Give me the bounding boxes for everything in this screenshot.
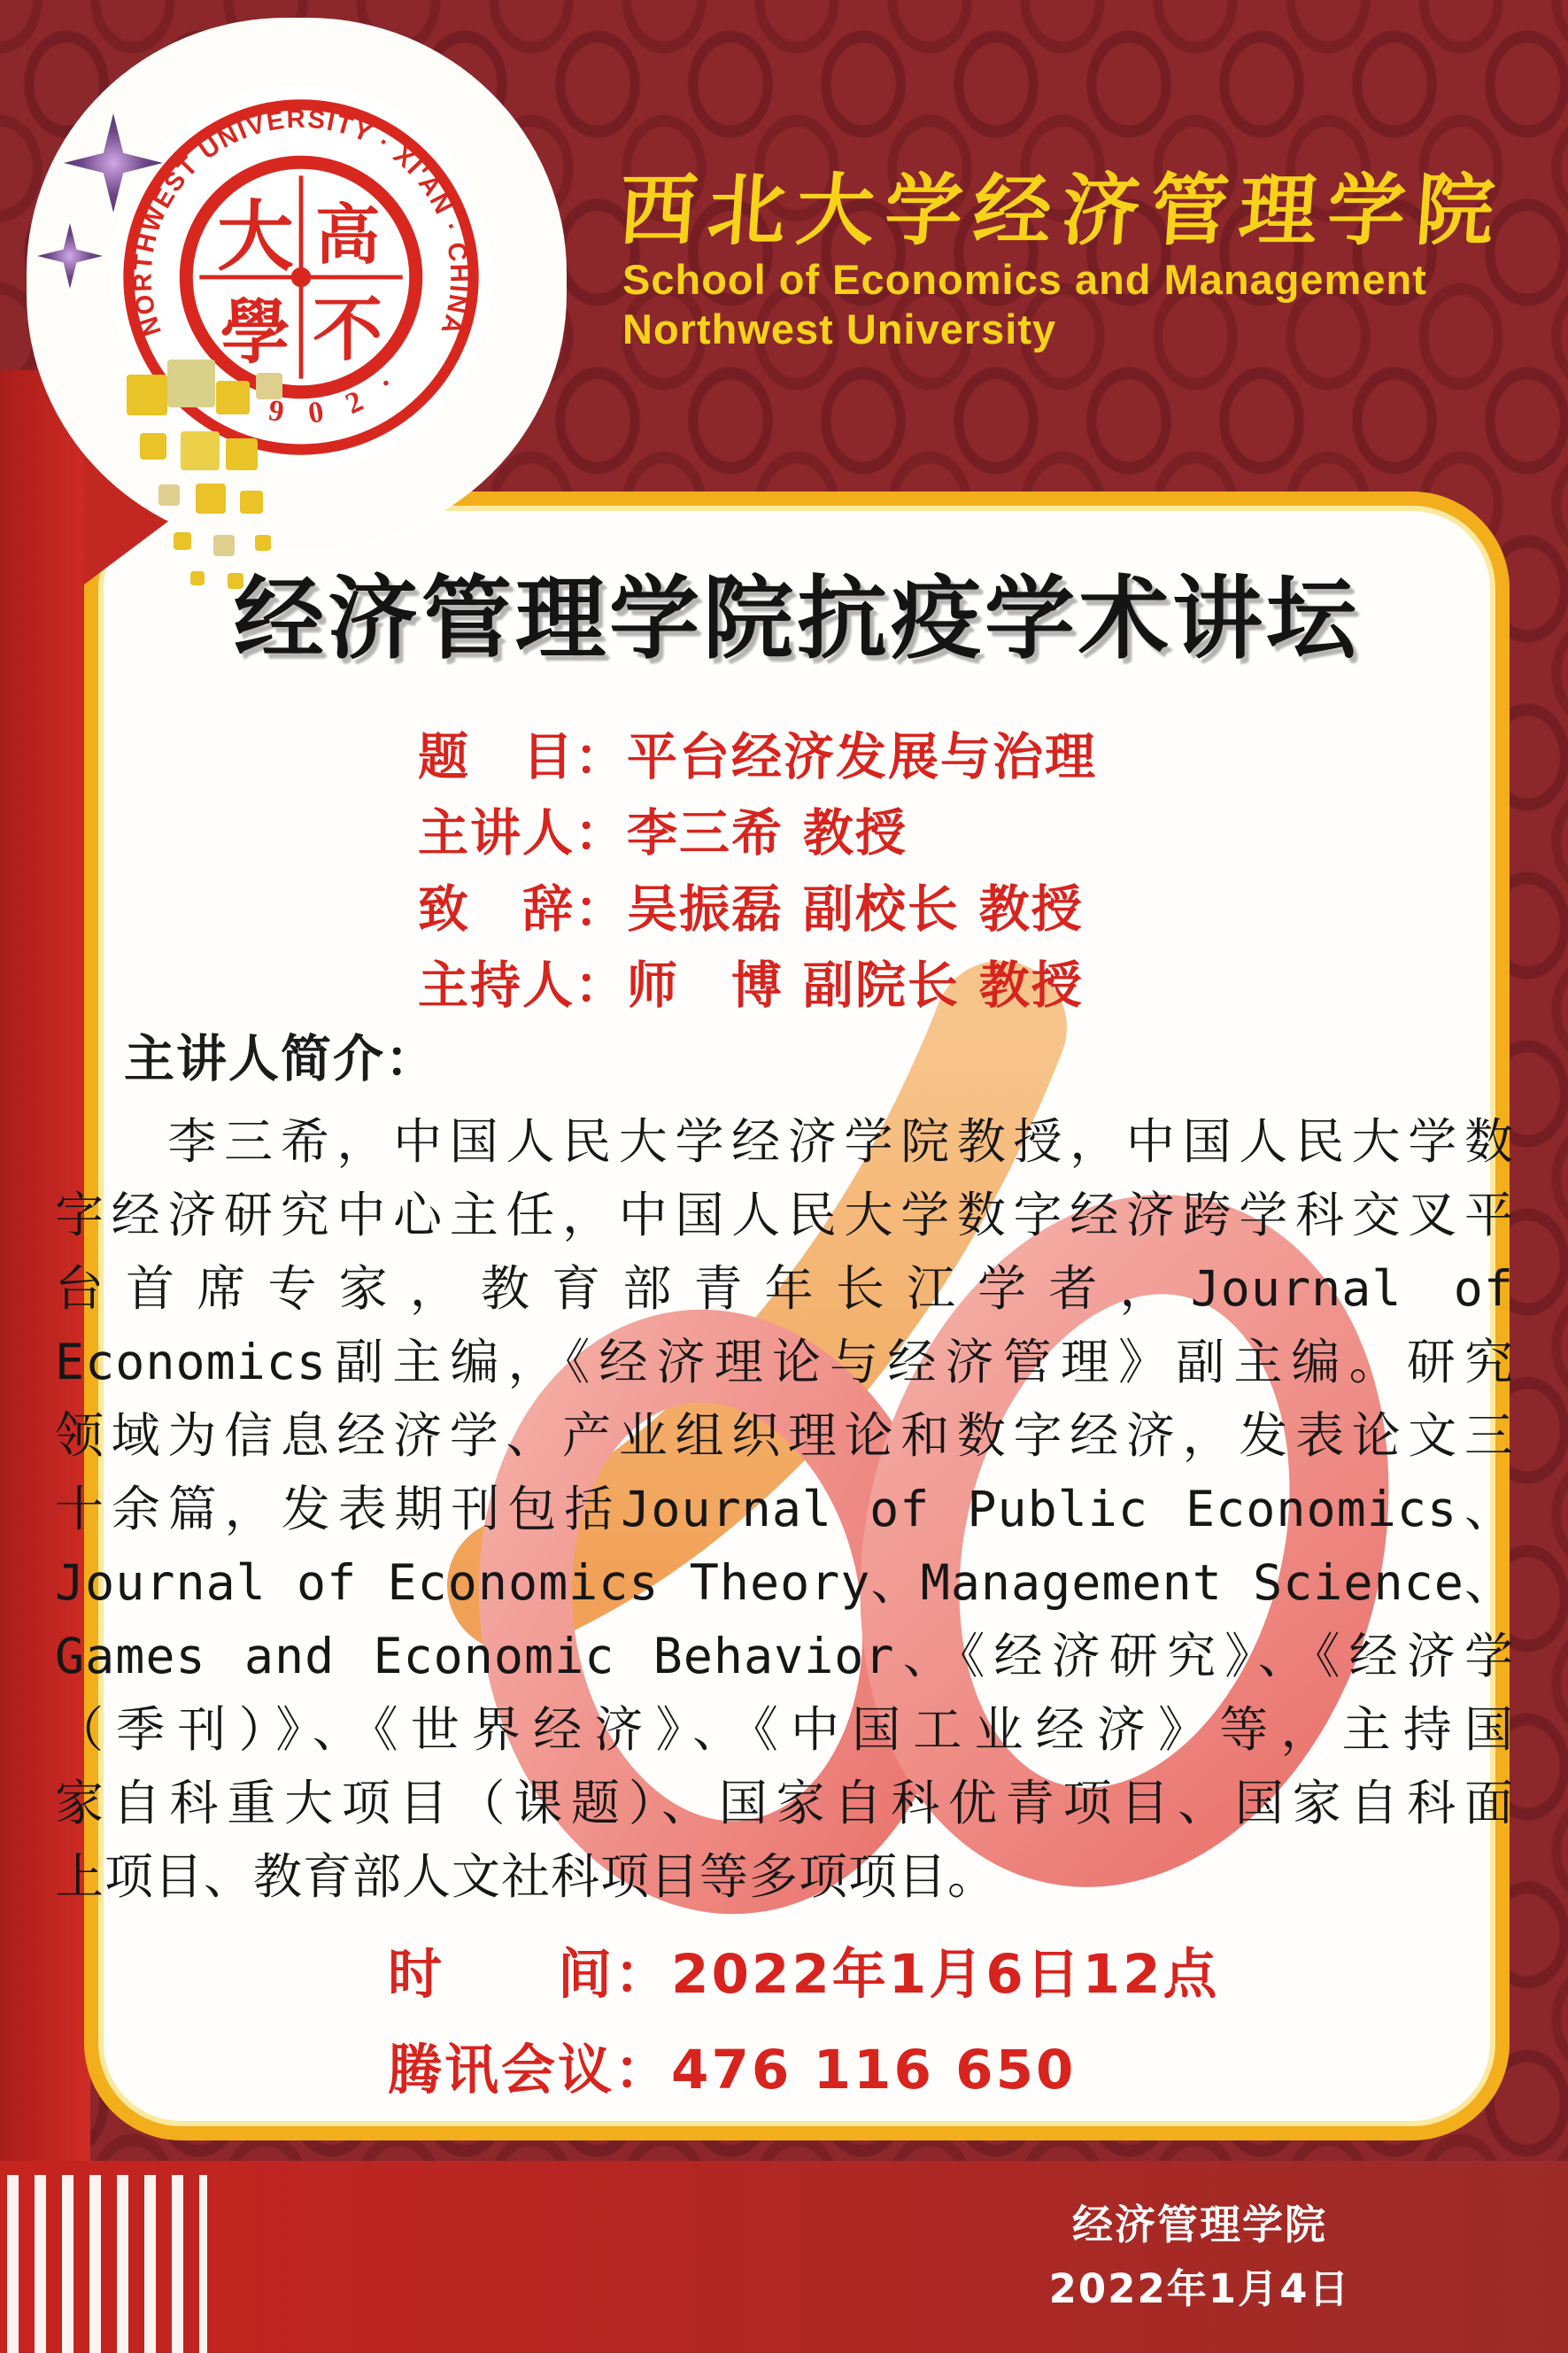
speaker-bio-line: Economics副主编，《经济理论与经济管理》副主编。研究	[55, 1326, 1514, 1399]
poster-page: 西北大学经济管理学院 School of Economics and Manag…	[0, 0, 1568, 2353]
schedule-meeting-id: 腾讯会议：476 116 650	[388, 2023, 1220, 2118]
bottom-left-stripes	[7, 2175, 207, 2353]
event-info-line: 主持人：师 博 副院长 教授	[418, 948, 1097, 1024]
header-school-en: School of Economics and Management	[622, 255, 1427, 304]
speaker-bio-line: （季刊）》、《世界经济》、《中国工业经济》等，主持国	[55, 1693, 1514, 1767]
event-info-lines: 题 目：平台经济发展与治理主讲人：李三希 教授致 辞：吴振磊 副校长 教授主持人…	[418, 719, 1097, 1024]
footer-date: 2022年1月4日	[1045, 2256, 1355, 2314]
university-seal-icon: NORTHWEST UNIVERSITY · XI'AN · CHINA · 1…	[93, 69, 509, 485]
seal-char-br: 不	[313, 288, 382, 370]
speaker-bio-line: Games and Economic Behavior、《经济研究》、《经济学	[55, 1620, 1514, 1693]
speaker-intro-label: 主讲人简介：	[124, 1018, 437, 1091]
seal-char-tl: 大	[217, 192, 293, 282]
confetti-dots	[0, 0, 2, 2]
speaker-bio: 李三希，中国人民大学经济学院教授，中国人民大学数字经济研究中心主任，中国人民大学…	[55, 1105, 1514, 1914]
seal-char-bl: 學	[220, 290, 290, 373]
seal-char-tr: 高	[315, 197, 380, 273]
event-info-line: 主讲人：李三希 教授	[418, 795, 1097, 871]
event-title: 经济管理学院抗疫学术讲坛	[84, 547, 1510, 677]
event-info-line: 题 目：平台经济发展与治理	[418, 719, 1097, 795]
speaker-bio-line: 领域为信息经济学、产业组织理论和数字经济，发表论文三	[55, 1399, 1514, 1473]
speaker-bio-line: Journal of Economics Theory、Management S…	[55, 1546, 1514, 1620]
event-info-line: 致 辞：吴振磊 副校长 教授	[418, 871, 1097, 948]
speaker-bio-line: 字经济研究中心主任，中国人民大学数字经济跨学科交叉平	[55, 1179, 1514, 1252]
speaker-bio-line: 上项目、教育部人文社科项目等多项项目。	[55, 1840, 1514, 1914]
footer-organization: 经济管理学院	[1045, 2193, 1355, 2251]
header-title-cn: 西北大学经济管理学院	[616, 149, 1492, 260]
schedule-time: 时 间：2022年1月6日12点	[388, 1927, 1220, 2023]
speaker-bio-line: 家自科重大项目（课题）、国家自科优青项目、国家自科面	[55, 1767, 1514, 1840]
schedule-block: 时 间：2022年1月6日12点 腾讯会议：476 116 650	[388, 1927, 1220, 2118]
speaker-bio-line: 台首席专家，教育部青年长江学者，Journal of	[55, 1252, 1514, 1326]
header-university-en: Northwest University	[622, 305, 1056, 353]
speaker-bio-line: 十余篇，发表期刊包括Journal of Public Economics、	[55, 1473, 1514, 1546]
speaker-bio-line: 李三希，中国人民大学经济学院教授，中国人民大学数	[55, 1105, 1514, 1179]
